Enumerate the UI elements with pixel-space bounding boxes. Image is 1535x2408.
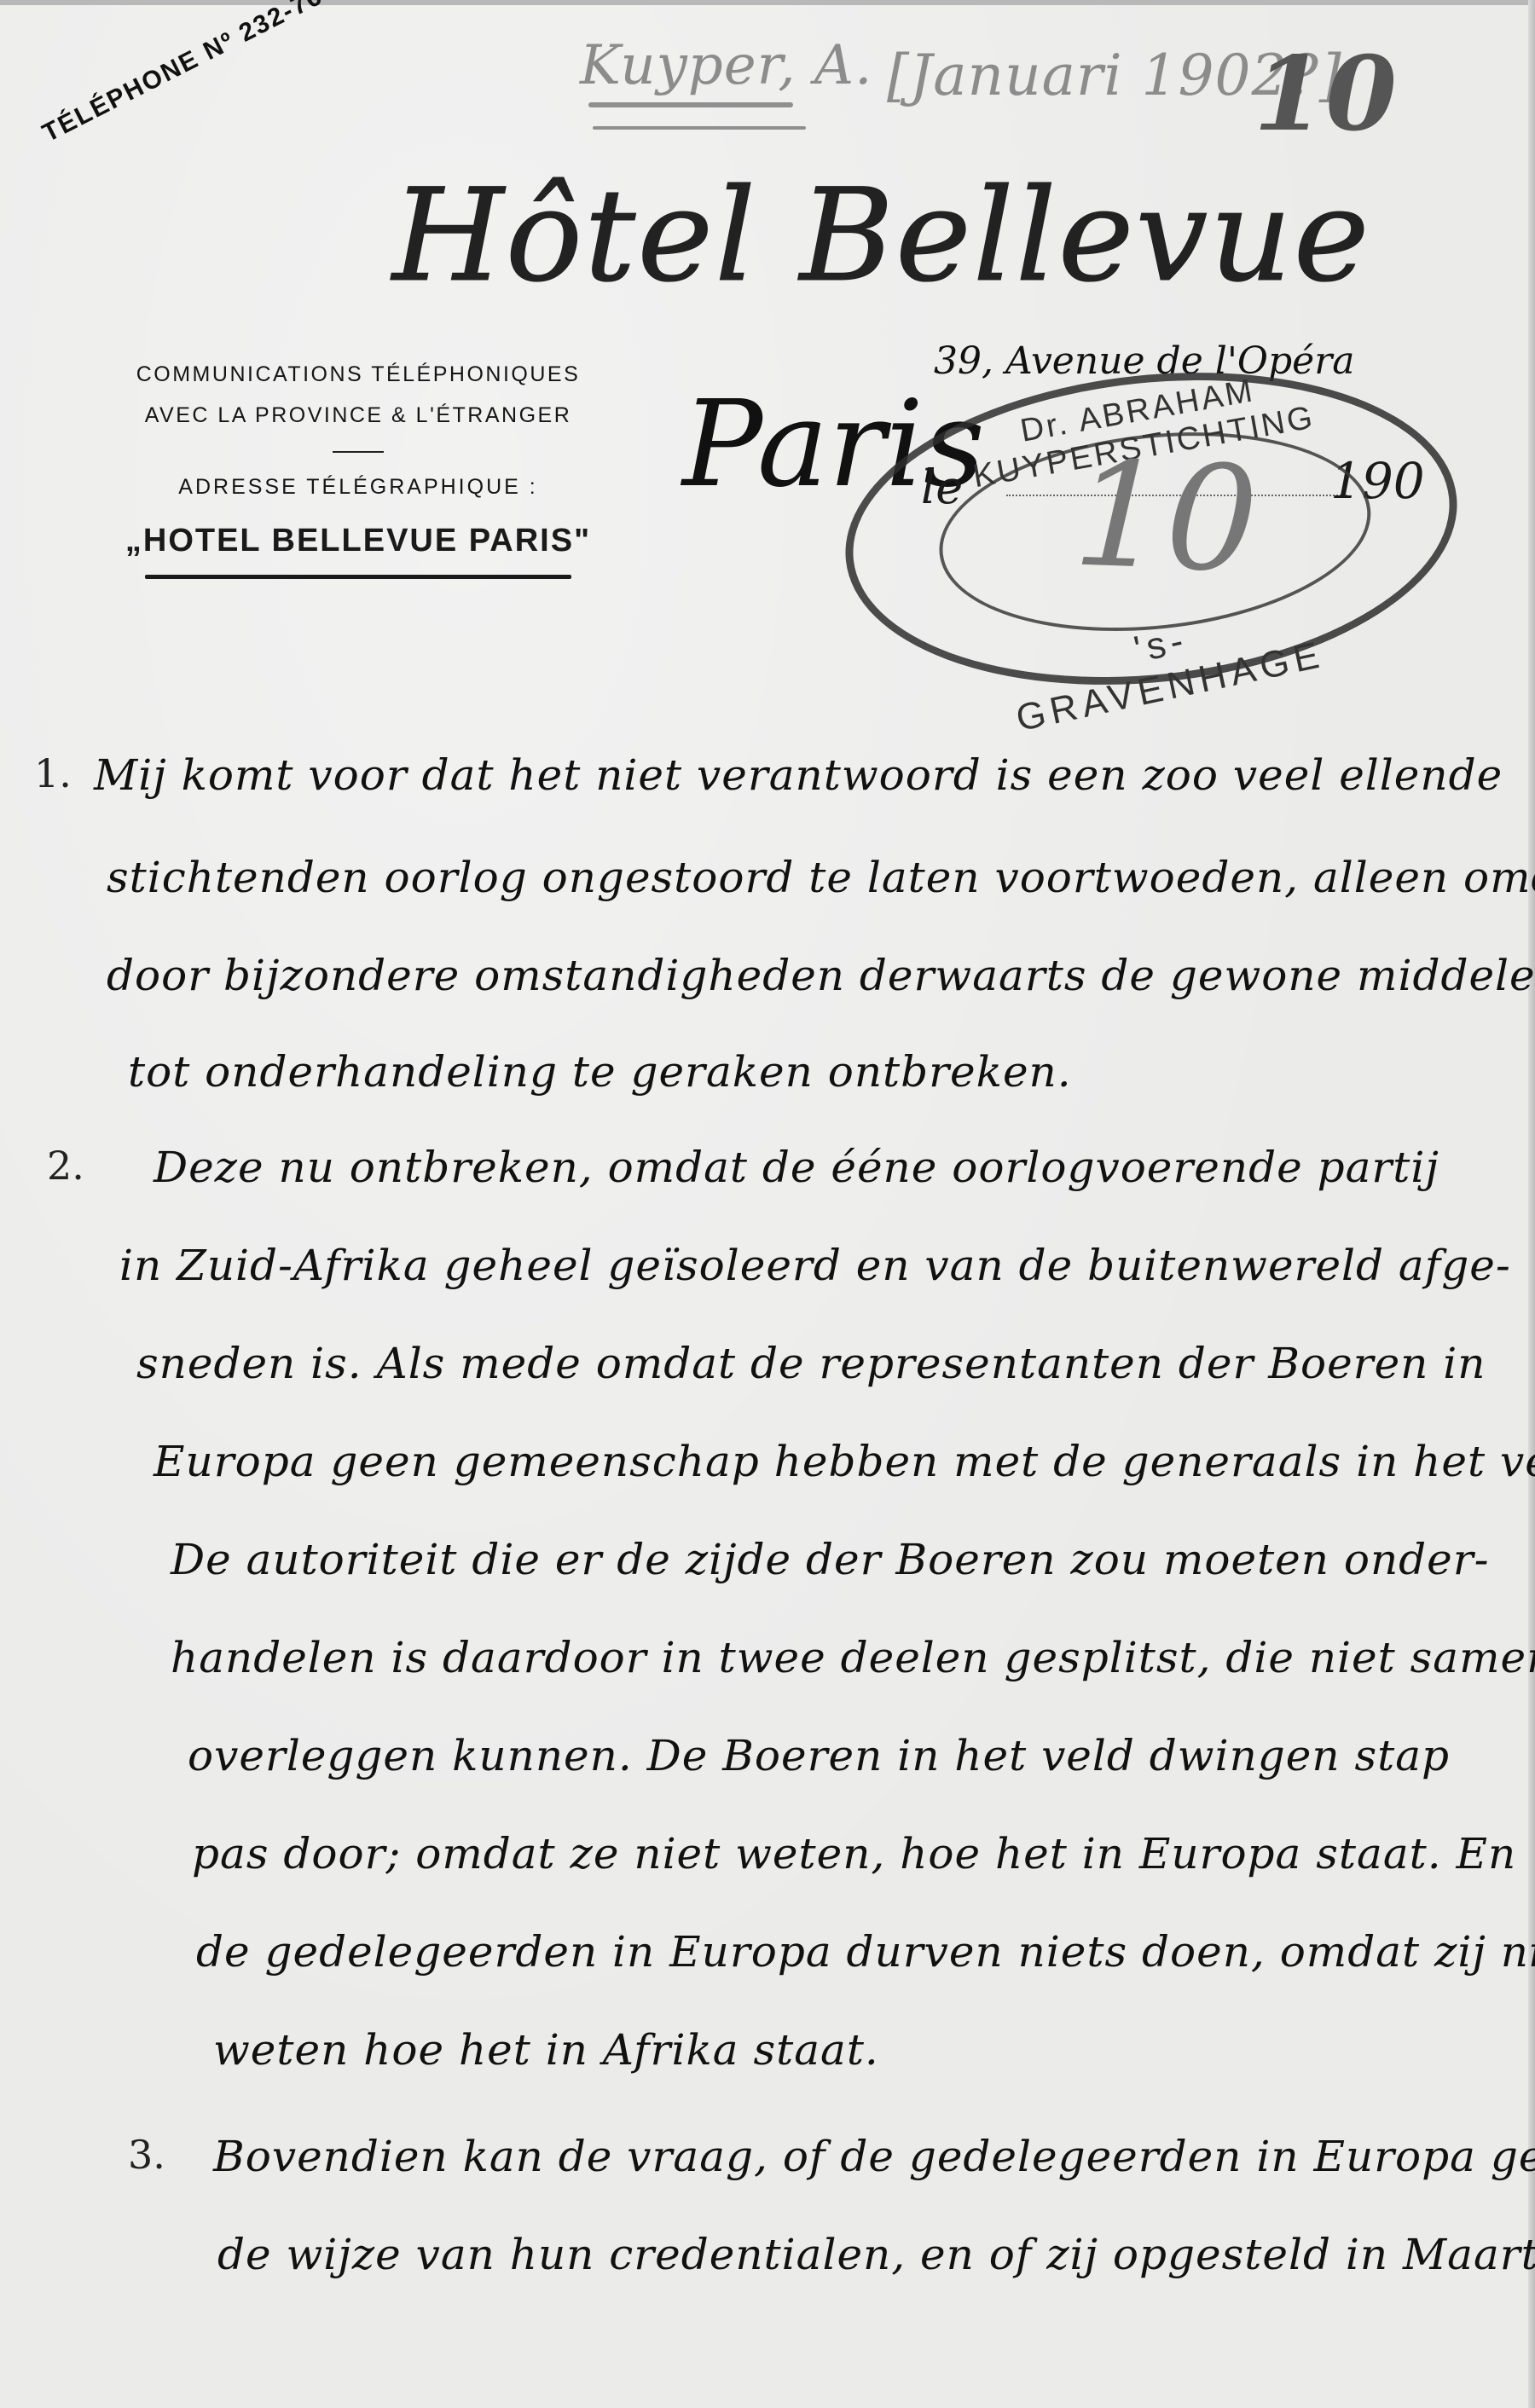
handwritten-line: pas door; omdat ze niet weten, hoe het i… [192, 1829, 1516, 1878]
handwritten-line: handelen is daardoor in twee deelen gesp… [171, 1633, 1535, 1682]
archive-author-note: Kuyper, A. [580, 34, 872, 97]
archive-number-note: 10 [1254, 34, 1398, 154]
letterhead-hotel-name: Hôtel Bellevue [392, 162, 1371, 310]
handwritten-line: weten hoe het in Afrika staat. [213, 2025, 879, 2075]
handwritten-line: Bovendien kan de vraag, of de gedelegeer… [213, 2132, 1535, 2181]
scan-top-edge [0, 0, 1535, 5]
archive-underline-2 [593, 126, 806, 130]
handwritten-line: Europa geen gemeenschap hebben met de ge… [153, 1437, 1535, 1486]
handwritten-line: tot onderhandeling te geraken ontbreken. [128, 1047, 1072, 1097]
handwritten-line: door bijzondere omstandigheden derwaarts… [107, 951, 1535, 1000]
paragraph-number: 1. [34, 750, 72, 796]
letterhead-communications-1: COMMUNICATIONS TÉLÉPHONIQUES [119, 354, 597, 395]
archive-stamp: Dr. ABRAHAM KUYPERSTICHTING 10 's-GRAVEN… [830, 344, 1473, 713]
handwritten-line: de gedelegeerden in Europa durven niets … [196, 1927, 1535, 1977]
handwritten-line: stichtenden oorlog ongestoord te laten v… [107, 853, 1535, 902]
letterhead-telegraph-address: „HOTEL BELLEVUE PARIS" [119, 523, 597, 559]
letterhead-communications-2: AVEC LA PROVINCE & L'ÉTRANGER [119, 395, 597, 436]
letterhead-underline [145, 575, 571, 579]
letter-page: Kuyper, A. [Januari 1902?] 10 TÉLÉPHONE … [0, 0, 1535, 2408]
letterhead-telephone: TÉLÉPHONE Nº 232-76 [38, 0, 328, 148]
handwritten-line: sneden is. Als mede omdat de representan… [136, 1339, 1486, 1388]
archive-underline-1 [588, 102, 793, 107]
handwritten-line: Deze nu ontbreken, omdat de ééne oorlogv… [153, 1143, 1439, 1192]
paragraph-number: 3. [128, 2132, 165, 2178]
stamp-number: 10 [1070, 430, 1260, 605]
handwritten-line: overleggen kunnen. De Boeren in het veld… [188, 1731, 1450, 1780]
letterhead-info-block: COMMUNICATIONS TÉLÉPHONIQUES AVEC LA PRO… [119, 354, 597, 579]
letterhead-telegraph-label: ADRESSE TÉLÉGRAPHIQUE : [119, 466, 597, 507]
handwritten-line: Mij komt voor dat het niet verantwoord i… [94, 750, 1503, 800]
handwritten-line: de wijze van hun credentialen, en of zij… [217, 2230, 1535, 2279]
scan-right-edge [1528, 0, 1535, 2408]
handwritten-line: in Zuid-Afrika geheel geïsoleerd en van … [119, 1241, 1511, 1290]
handwritten-line: De autoriteit die er de zijde der Boeren… [171, 1535, 1490, 1584]
letterhead-divider [333, 451, 384, 453]
paragraph-number: 2. [47, 1143, 84, 1189]
